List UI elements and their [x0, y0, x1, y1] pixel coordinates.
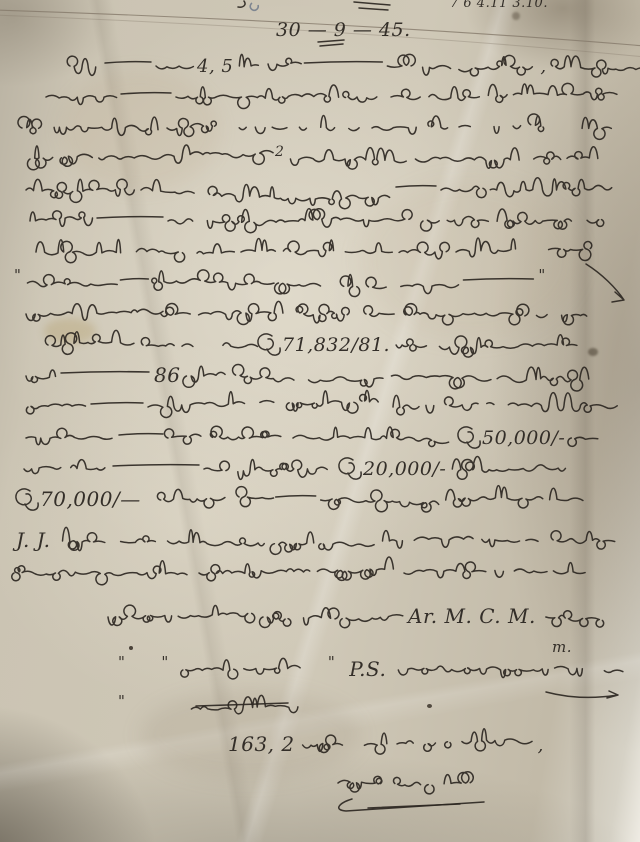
- scribble-stroke: [176, 85, 377, 108]
- scribble-stroke: [24, 460, 105, 474]
- cutoff-ink-mark: [250, 3, 258, 10]
- dash-stroke: [105, 62, 151, 63]
- scribble-stroke: [415, 147, 597, 169]
- numeral-token: 4, 5: [196, 56, 233, 77]
- scribble-stroke: [241, 239, 449, 259]
- handwritten-line: [26, 178, 612, 209]
- scribble-stroke: [396, 335, 577, 357]
- scribble-stroke: [156, 66, 193, 69]
- dash-stroke: [304, 62, 382, 63]
- handwritten-line: 71,832/81.: [45, 330, 577, 357]
- handwriting-layer: 4, 5,2""71,832/81.8650,000/-20,000/-70,0…: [0, 0, 640, 842]
- initials-ps-token: P.S.: [348, 657, 386, 681]
- footer-underline: [368, 804, 460, 808]
- handwritten-line: [26, 390, 617, 417]
- handwritten-line: [30, 209, 604, 233]
- handwritten-line: 86: [26, 363, 589, 391]
- scribble-stroke: [421, 209, 604, 231]
- scribble-stroke: [404, 562, 585, 579]
- scribble-stroke: [364, 304, 587, 325]
- address-number-token: 163, 2: [228, 732, 295, 756]
- comma-token: ,: [540, 56, 546, 77]
- scribble-stroke: [183, 365, 383, 388]
- cutoff-ink-mark: [238, 1, 245, 7]
- scribble-stroke: [108, 605, 255, 625]
- footer-underline: [339, 799, 484, 811]
- dash-stroke: [119, 434, 163, 435]
- letter-page: 4, 5,2""71,832/81.8650,000/-20,000/-70,0…: [0, 0, 640, 842]
- scribble-stroke: [36, 240, 234, 263]
- scribble-stroke: [46, 95, 117, 104]
- scribble-stroke: [167, 115, 359, 136]
- scribble-stroke: [199, 557, 393, 581]
- rupee-sign-glyph: [16, 489, 38, 510]
- scribble-stroke: [164, 426, 280, 444]
- handwritten-line: Ar. M. C. M.: [108, 604, 604, 628]
- scribble-stroke: [441, 178, 612, 198]
- rupee-sign-glyph: [458, 427, 480, 448]
- scribble-stroke: [30, 211, 93, 226]
- cutoff-ink-mark: [354, 2, 390, 5]
- scribble-stroke: [27, 145, 273, 170]
- initials-jj-token: J. J.: [12, 528, 51, 552]
- ditto-mark: ": [118, 692, 125, 710]
- scribble-stroke: [391, 83, 617, 102]
- handwritten-line: "": [14, 266, 546, 297]
- dash-stroke: [463, 279, 533, 280]
- ditto-mark: ": [161, 653, 168, 671]
- scribble-stroke: [391, 367, 588, 391]
- scribble-stroke: [148, 390, 378, 417]
- scribble-stroke: [452, 457, 565, 480]
- scribble-stroke: [546, 611, 604, 627]
- scribble-stroke: [260, 608, 403, 628]
- rupee-sign-glyph: [339, 458, 361, 479]
- numeral-token: 86: [154, 363, 180, 387]
- scribble-stroke: [456, 238, 592, 260]
- handwritten-line: 2: [27, 144, 597, 170]
- scribble-stroke: [141, 338, 257, 348]
- amount-token: 50,000/-: [482, 427, 565, 449]
- handwritten-line: [36, 238, 592, 263]
- scribble-stroke: [321, 490, 439, 512]
- handwritten-line: 163, 2,: [228, 729, 544, 756]
- dash-stroke: [61, 372, 149, 373]
- handwritten-line: [338, 772, 473, 794]
- scribble-stroke: [63, 527, 156, 550]
- scribble-stroke: [26, 370, 56, 383]
- scribble-stroke: [26, 404, 85, 414]
- scribble-stroke: [18, 117, 158, 136]
- date-text: 30 — 9 — 45.: [276, 19, 411, 41]
- dash-stroke: [97, 217, 163, 218]
- handwritten-line: [18, 114, 611, 139]
- scribble-stroke: [446, 486, 583, 508]
- scribble-stroke: [12, 561, 187, 585]
- handwritten-line: 70,000/—: [16, 486, 583, 512]
- dash-stroke: [396, 186, 436, 187]
- comma-token: ,: [538, 735, 544, 756]
- amount-token: 71,832/81.: [282, 334, 390, 356]
- scribble-stroke: [293, 427, 449, 447]
- scribble-stroke: [275, 274, 459, 296]
- scribble-stroke: [290, 148, 406, 169]
- handwritten-line: [46, 83, 617, 108]
- handwritten-line: 4, 5,: [67, 54, 640, 77]
- handwritten-line: [12, 557, 585, 585]
- amount-token: 20,000/-: [362, 458, 446, 480]
- scribble-stroke: [239, 54, 301, 70]
- numeral-token: 2: [274, 144, 284, 160]
- dash-stroke: [120, 279, 148, 280]
- scribble-stroke: [338, 772, 473, 794]
- scribble-stroke: [161, 301, 349, 324]
- scribble-stroke: [551, 56, 640, 77]
- scribble-stroke: [181, 658, 300, 679]
- handwritten-line: [26, 301, 587, 324]
- handwritten-line: J. J.: [12, 527, 615, 554]
- date-underline: [320, 44, 343, 46]
- handwritten-line: 20,000/-: [24, 457, 565, 480]
- scribble-stroke: [157, 487, 273, 508]
- scribble-stroke: [45, 330, 134, 354]
- scribble-stroke: [26, 179, 134, 202]
- scribble-stroke: [303, 729, 532, 754]
- ditto-mark: ": [118, 653, 125, 671]
- scribble-stroke: [168, 209, 412, 233]
- scribble-stroke: [204, 459, 327, 479]
- rupee-sign-glyph: [258, 334, 280, 355]
- dash-stroke: [121, 93, 171, 94]
- scribble-stroke: [67, 56, 96, 75]
- amount-token: 70,000/—: [40, 487, 141, 511]
- signature-swash: [546, 691, 618, 698]
- scribble-stroke: [168, 530, 375, 555]
- scribble-stroke: [568, 437, 598, 446]
- scribble-stroke: [393, 393, 617, 415]
- initials-m-token: m.: [552, 638, 572, 656]
- dash-stroke: [113, 465, 199, 466]
- handwritten-line: """P.S.: [118, 653, 623, 681]
- handwritten-line: 50,000/-: [26, 426, 598, 449]
- scribble-stroke: [152, 270, 274, 290]
- scribble-stroke: [383, 531, 615, 549]
- arrow-stroke: [586, 264, 624, 302]
- cutoff-ink-mark: [359, 8, 388, 10]
- scribble-stroke: [387, 54, 532, 76]
- ditto-mark: ": [328, 653, 335, 671]
- scribble-stroke: [26, 304, 163, 321]
- top-edge-fragment: 7 6 4.11 3.10.: [450, 0, 548, 11]
- scribble-stroke: [372, 114, 611, 139]
- initials-mcm-token: Ar. M. C. M.: [406, 604, 536, 628]
- dash-stroke: [276, 496, 316, 497]
- ditto-mark: ": [538, 266, 545, 284]
- dash-stroke: [91, 403, 143, 404]
- scribble-stroke: [26, 428, 112, 444]
- scribble-stroke: [27, 275, 117, 287]
- scribble-stroke: [141, 180, 390, 209]
- ditto-mark: ": [14, 266, 21, 284]
- scribble-stroke: [398, 666, 623, 677]
